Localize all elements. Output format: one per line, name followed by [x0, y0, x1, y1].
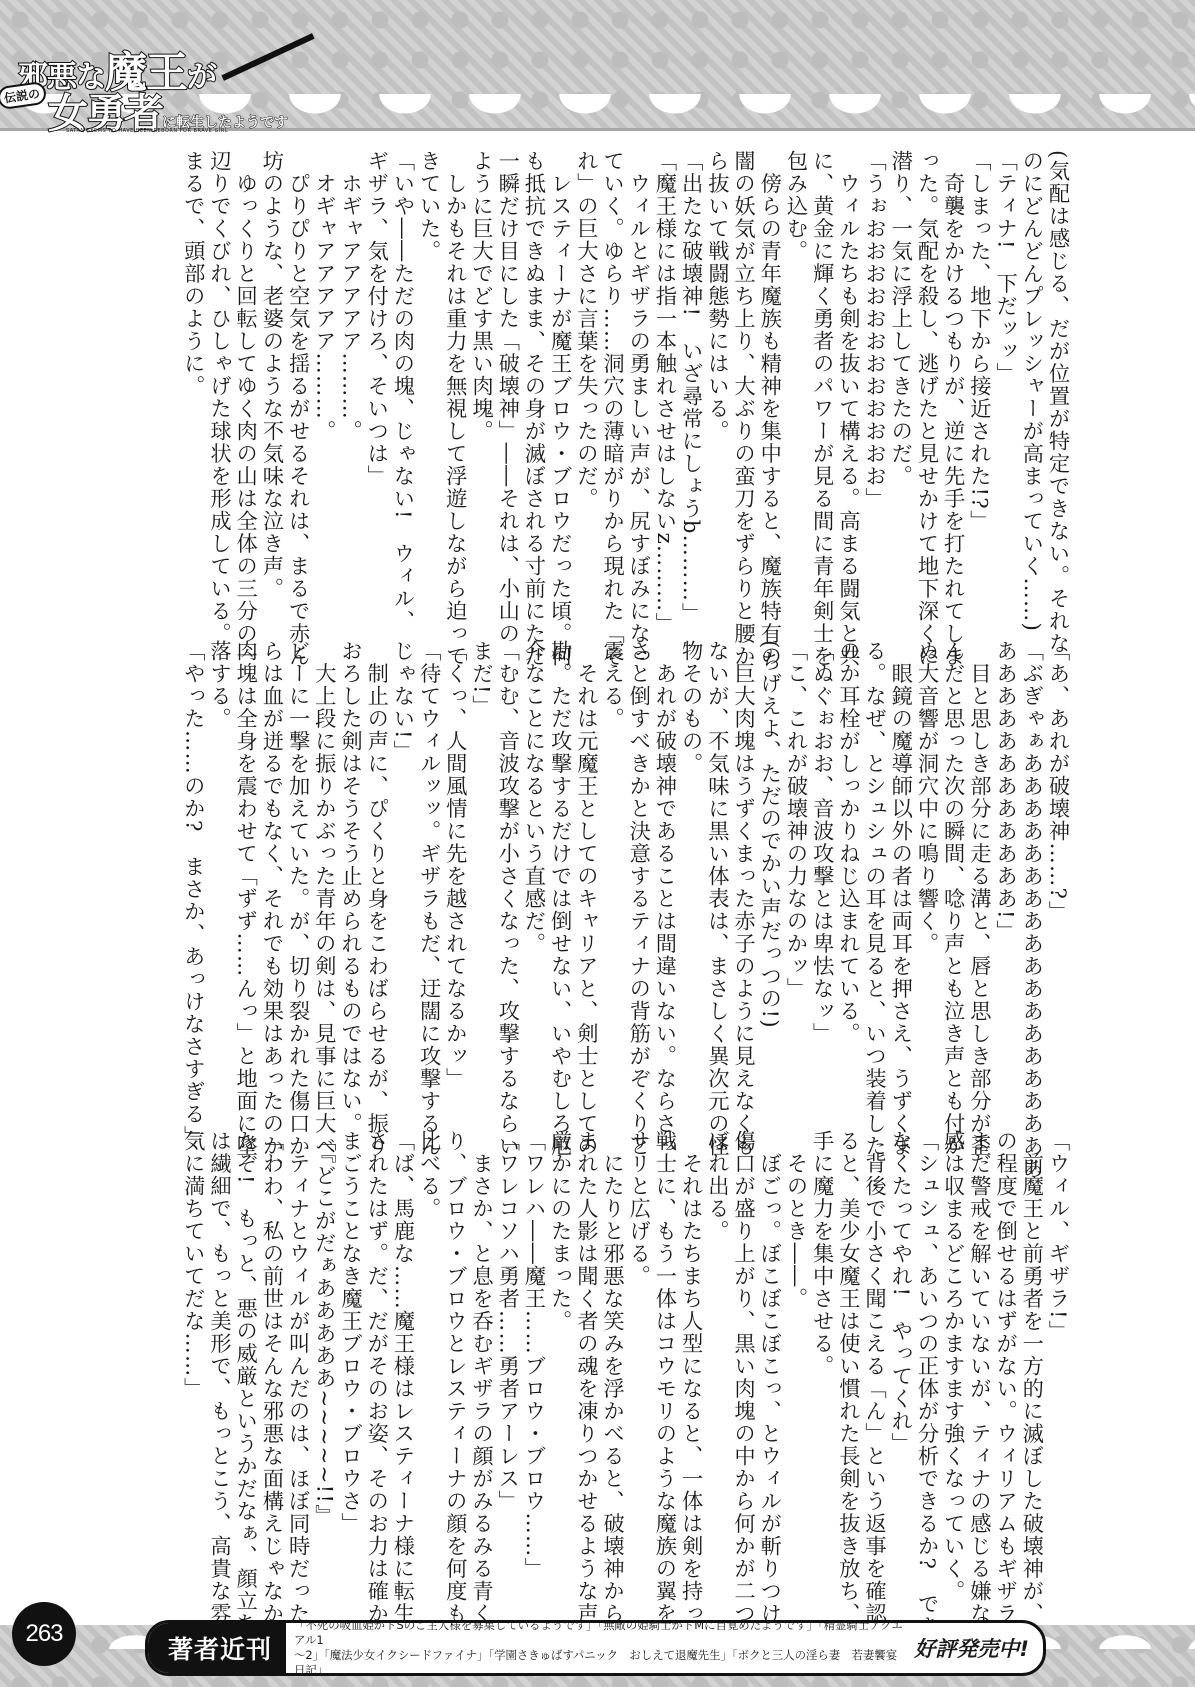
text-line: しかもそれは重力を無視して浮遊しながら迫って	[441, 150, 467, 570]
text-line: にたりと邪悪な笑みを浮かべると、破壊神から生	[598, 1130, 624, 1582]
text-line: 「くっ、人間風情に先を越されてなるかッ」	[441, 640, 467, 1110]
author-promo-banner: 著者近刊 「不死の吸血姫がドSのご主人様を募集しているようです」「無敵の姫騎士が…	[145, 1620, 1046, 1676]
text-line: まごうことなき魔王ブロウ・ブロウさ」	[336, 1130, 362, 1582]
text-line: 「しまった、地下から接近された!?」	[965, 150, 991, 570]
text-line: 肉塊は全身を震わせて「ずず……んっ」と地面に墜	[232, 640, 258, 1110]
text-line: それはたちまち人型になると、一体は剣を持った	[677, 1130, 703, 1582]
text-line: に、黄金に輝く勇者のパワーが見る間に青年剣士を	[808, 150, 834, 570]
text-line: 「いや――ただの肉の塊、じゃない! ウィル、	[389, 150, 415, 570]
text-line: まだ警戒を解いていないが、ティナの感じる嫌な予	[965, 1130, 991, 1582]
text-line: のか耳栓がしっかりねじ込まれている。	[834, 640, 860, 1110]
text-line: 勘。ただ攻撃するだけでは倒せない、いやむしろ厄	[546, 640, 572, 1110]
text-line: ら抜いて戦闘態勢にはいる。	[703, 150, 729, 570]
text-line: らは血が迸るでもなく、それでも効果はあったのか、	[258, 640, 284, 1110]
text-line: 手に魔力を集中させる。	[808, 1130, 834, 1582]
text-line: 「魔王様には指一本触れさせはしないz………」	[651, 150, 677, 570]
text-line: サリと広げる。	[625, 1130, 651, 1582]
text-line: 前魔王と前勇者を一方的に滅ぼした破壊神が、こ	[1018, 1130, 1044, 1582]
text-line: のにどんどんプレッシャーが高まっていく……)	[1018, 150, 1044, 570]
text-line: ギザラ、気を付けろ、そいつは」	[363, 150, 389, 570]
text-line: 「ワレハ――魔王……ブロウ・ブロウ……」	[520, 1130, 546, 1582]
text-line: 「『どこがだぁあああああ~~~~~!!』	[310, 1130, 336, 1582]
text-tier-bottom: 「ウィル、ギザラ!」 前魔王と前勇者を一方的に滅ぼした破壊神が、この程度で倒せる…	[179, 1130, 1070, 1582]
sword-icon	[221, 33, 314, 81]
text-line: ウィルとギザラの勇ましい声が、尻すぼみになっ	[625, 150, 651, 570]
text-line: 「待てウィルッッ。ギザラもだ、迂闊に攻撃するん	[415, 640, 441, 1110]
text-line: 「ば、馬鹿な……魔王様はレスティーナ様に転生な	[389, 1130, 415, 1582]
promo-call-to-action: 好評発売中!	[914, 1633, 1043, 1663]
text-line: 大上段に振りかぶった青年の剣は、見事に巨大ベ	[310, 640, 336, 1110]
text-line: あれが破壊神であることは間違いない。ならさっ	[651, 640, 677, 1110]
text-line: り、ブロウ・ブロウとレスティーナの顔を何度も見	[441, 1130, 467, 1582]
text-tier-top: (気配は感じる、だが位置が特定できない。それなのにどんどんプレッシャーが高まって…	[179, 150, 1070, 570]
text-line: れ」の巨大さに言葉を失ったのだ。	[572, 150, 598, 570]
text-line: 感は収まるどころかますます強くなっていく。	[939, 1130, 965, 1582]
text-line: ホギャアアアアア………。	[336, 150, 362, 570]
promo-titles-line1: 「不死の吸血姫がドSのご主人様を募集しているようです」「無敵の姫騎士がドMに目覚…	[294, 1620, 906, 1648]
text-line: 辺りでくびれ、ひしゃげた球状を形成している。	[205, 150, 231, 570]
text-line: った。気配を殺し、逃げたと見せかけて地下深くに	[913, 150, 939, 570]
text-line: ぴりぴりと空気を揺るがせるそれは、まるで赤ん	[284, 150, 310, 570]
text-line: も抵抗できぬまま、その身が滅ぼされる寸前にただ	[520, 150, 546, 570]
text-line: ように巨大でどす黒い肉塊。	[467, 150, 493, 570]
text-tier-middle: 「あ、あれが破壊神……?」「ぶぎゃぁああああああああああああああああああああああ…	[179, 640, 1070, 1110]
text-line: 眼鏡の魔導師以外の者は両耳を押さえ、うずくま	[887, 640, 913, 1110]
text-line: ウィルたちも剣を抜いて構える。高まる闘気と共	[834, 150, 860, 570]
text-line: 「わわ、私の前世はそんな邪悪な面構えじゃなかっ	[258, 1130, 284, 1582]
text-line: 「こ、これが破壊神の力なのかッ」	[782, 640, 808, 1110]
text-line: レスティーナが魔王ブロウ・ブロウだった頃。何	[546, 150, 572, 570]
text-line: まだ!」	[467, 640, 493, 1110]
text-line: ああああああああああああ!」	[991, 640, 1017, 1110]
text-line: (ちげえよ、ただのでかい声だっつの!)	[756, 640, 782, 1110]
text-line: 巨大肉塊はうずくまった赤子のように見えなくも	[729, 640, 755, 1110]
text-line: は繊細で、もっと美形で、もっとこう、高貴な雰囲	[205, 1130, 231, 1582]
text-line: 背後で小さく聞こえる「ん」という返事を確認す	[860, 1130, 886, 1582]
text-line: んだと思った次の瞬間、唸り声とも泣き声とも付か	[939, 640, 965, 1110]
text-line: ゆっくりと回転してゆく肉の山は全体の三分の一	[232, 150, 258, 570]
text-line: 傍らの青年魔族も精神を集中すると、魔族特有の	[756, 150, 782, 570]
text-line: さと倒すべきかと決意するティナの背筋がぞくりと	[625, 640, 651, 1110]
text-line: 潜り、一気に浮上してきたのだ。	[887, 150, 913, 570]
logo-tag: 伝説の	[0, 81, 47, 110]
promo-label: 著者近刊	[148, 1623, 286, 1673]
text-line: 奇襲をかけるつもりが、逆に先手を打たれてしま	[939, 150, 965, 570]
text-line: (気配は感じる、だが位置が特定できない。それな	[1044, 150, 1070, 570]
text-line: ると、美少女魔王は使い慣れた長剣を抜き放ち、片	[834, 1130, 860, 1582]
text-line: 「ワレコソハ勇者……勇者アーレス」	[494, 1130, 520, 1582]
text-line: されたはず。だ、だがそのお姿、そのお力は確かに	[363, 1130, 389, 1582]
text-line: ないが、不気味に黒い体表は、まさしく異次元の怪	[703, 640, 729, 1110]
text-line: 「うぉおおおおおおおおおおおお」	[860, 150, 886, 570]
text-line: 坊のような、老婆のような不気味な泣き声。	[258, 150, 284, 570]
text-line: 物そのもの。	[677, 640, 703, 1110]
text-line: 「ウィル、ギザラ!」	[1044, 1130, 1070, 1582]
text-line: 「やった……のか? まさか、あっけなさすぎる」	[179, 640, 205, 1110]
text-line: 包み込む。	[782, 150, 808, 570]
text-line: 傷口が盛り上がり、黒い肉塊の中から何かが二つこ	[729, 1130, 755, 1582]
text-line: きていた。	[415, 150, 441, 570]
text-line: 一瞬だけ目にした「破壊神」――それは、小山の	[494, 150, 520, 570]
text-line: そのとき――。	[782, 1130, 808, 1582]
text-line: おろした剣はそうそう止められるものではない。	[336, 640, 362, 1110]
text-line: それは元魔王としてのキャリアと、剣士としての	[572, 640, 598, 1110]
text-line: 闇の妖気が立ち上り、大ぶりの蛮刀をずらりと腰か	[729, 150, 755, 570]
text-line: 介なことになるという直感だ。	[520, 640, 546, 1110]
text-line: 「ぬぐぉおお、音波攻撃とは卑怯なッ」	[808, 640, 834, 1110]
text-line: の程度で倒せるはずがない。ウィリアムもギザラも	[991, 1130, 1017, 1582]
text-line: ぬ大音響が洞穴中に鳴り響く。	[913, 640, 939, 1110]
text-line: 制止の声に、ぴくりと身をこわばらせるが、振り	[363, 640, 389, 1110]
text-line: ぼれ出る。	[703, 1130, 729, 1582]
text-line: 気に満ちていてだな……」	[179, 1130, 205, 1582]
text-line: 震える。	[598, 640, 624, 1110]
text-line: なくたってやれ! やってくれ」	[887, 1130, 913, 1582]
text-line: 戦士に、もう一体はコウモリのような魔族の翼をバ	[651, 1130, 677, 1582]
text-line: まるで、頭部のように。	[179, 150, 205, 570]
text-line: 「シュシュ、あいつの正体が分析できるか? でき	[913, 1130, 939, 1582]
text-line: じゃない!」	[389, 640, 415, 1110]
text-line: 目と思しき部分に走る溝と、唇と思しき部分が歪	[965, 640, 991, 1110]
text-line: オギャアアアアア………。	[310, 150, 336, 570]
text-line: ぼごっ。ぼこぼこぼこっ、とウィルが斬りつけた	[756, 1130, 782, 1582]
text-line: まさか、と息を呑むギザラの顔がみるみる青くな	[467, 1130, 493, 1582]
text-line: 「出たな破壊神! いざ尋常にしょうb………」	[677, 150, 703, 570]
text-line: る。なぜ、とシュシュの耳を見ると、いつ装着した	[860, 640, 886, 1110]
text-line: ティナとウィルが叫んだのは、ほぼ同時だった。	[284, 1130, 310, 1582]
text-line: 「ティナ! 下だッッ」	[991, 150, 1017, 570]
text-line: 「あ、あれが破壊神……?」	[1044, 640, 1070, 1110]
text-line: たぞ! もっと、悪の威厳というかだなぁ、顔立ち	[232, 1130, 258, 1582]
text-line: ビーに一撃を加えていた。が、切り裂かれた傷口か	[284, 640, 310, 1110]
promo-titles-line2: ～2」「魔法少女イクシードファイナ」「学園さきゅばすパニック おしえて退魔先生」…	[294, 1648, 906, 1676]
series-logo: 邪悪な魔王が 伝説の 女勇者に転生したようです SATAN SEEMS TO H…	[18, 40, 318, 132]
promo-titles: 「不死の吸血姫がドSのご主人様を募集しているようです」「無敵の姫騎士がドMに目覚…	[286, 1620, 914, 1676]
page-number: 263	[12, 1602, 76, 1666]
text-line: まれた人影は聞く者の魂を凍りつかせるような声で	[572, 1130, 598, 1582]
text-line: 比べる。	[415, 1130, 441, 1582]
text-line: 「むむ、音波攻撃が小さくなった、攻撃するならい	[494, 640, 520, 1110]
text-line: 「ぶぎゃぁあああああああああああああああああああ	[1018, 640, 1044, 1110]
text-line: ていく。ゆらり……洞穴の薄暗がりから現れた「そ	[598, 150, 624, 570]
text-line: 落する。	[205, 640, 231, 1110]
text-line: 厳かにのたまった。	[546, 1130, 572, 1582]
logo-english-subtitle: SATAN SEEMS TO HAVE BEEN REBORN FOR BRAV…	[66, 128, 228, 134]
